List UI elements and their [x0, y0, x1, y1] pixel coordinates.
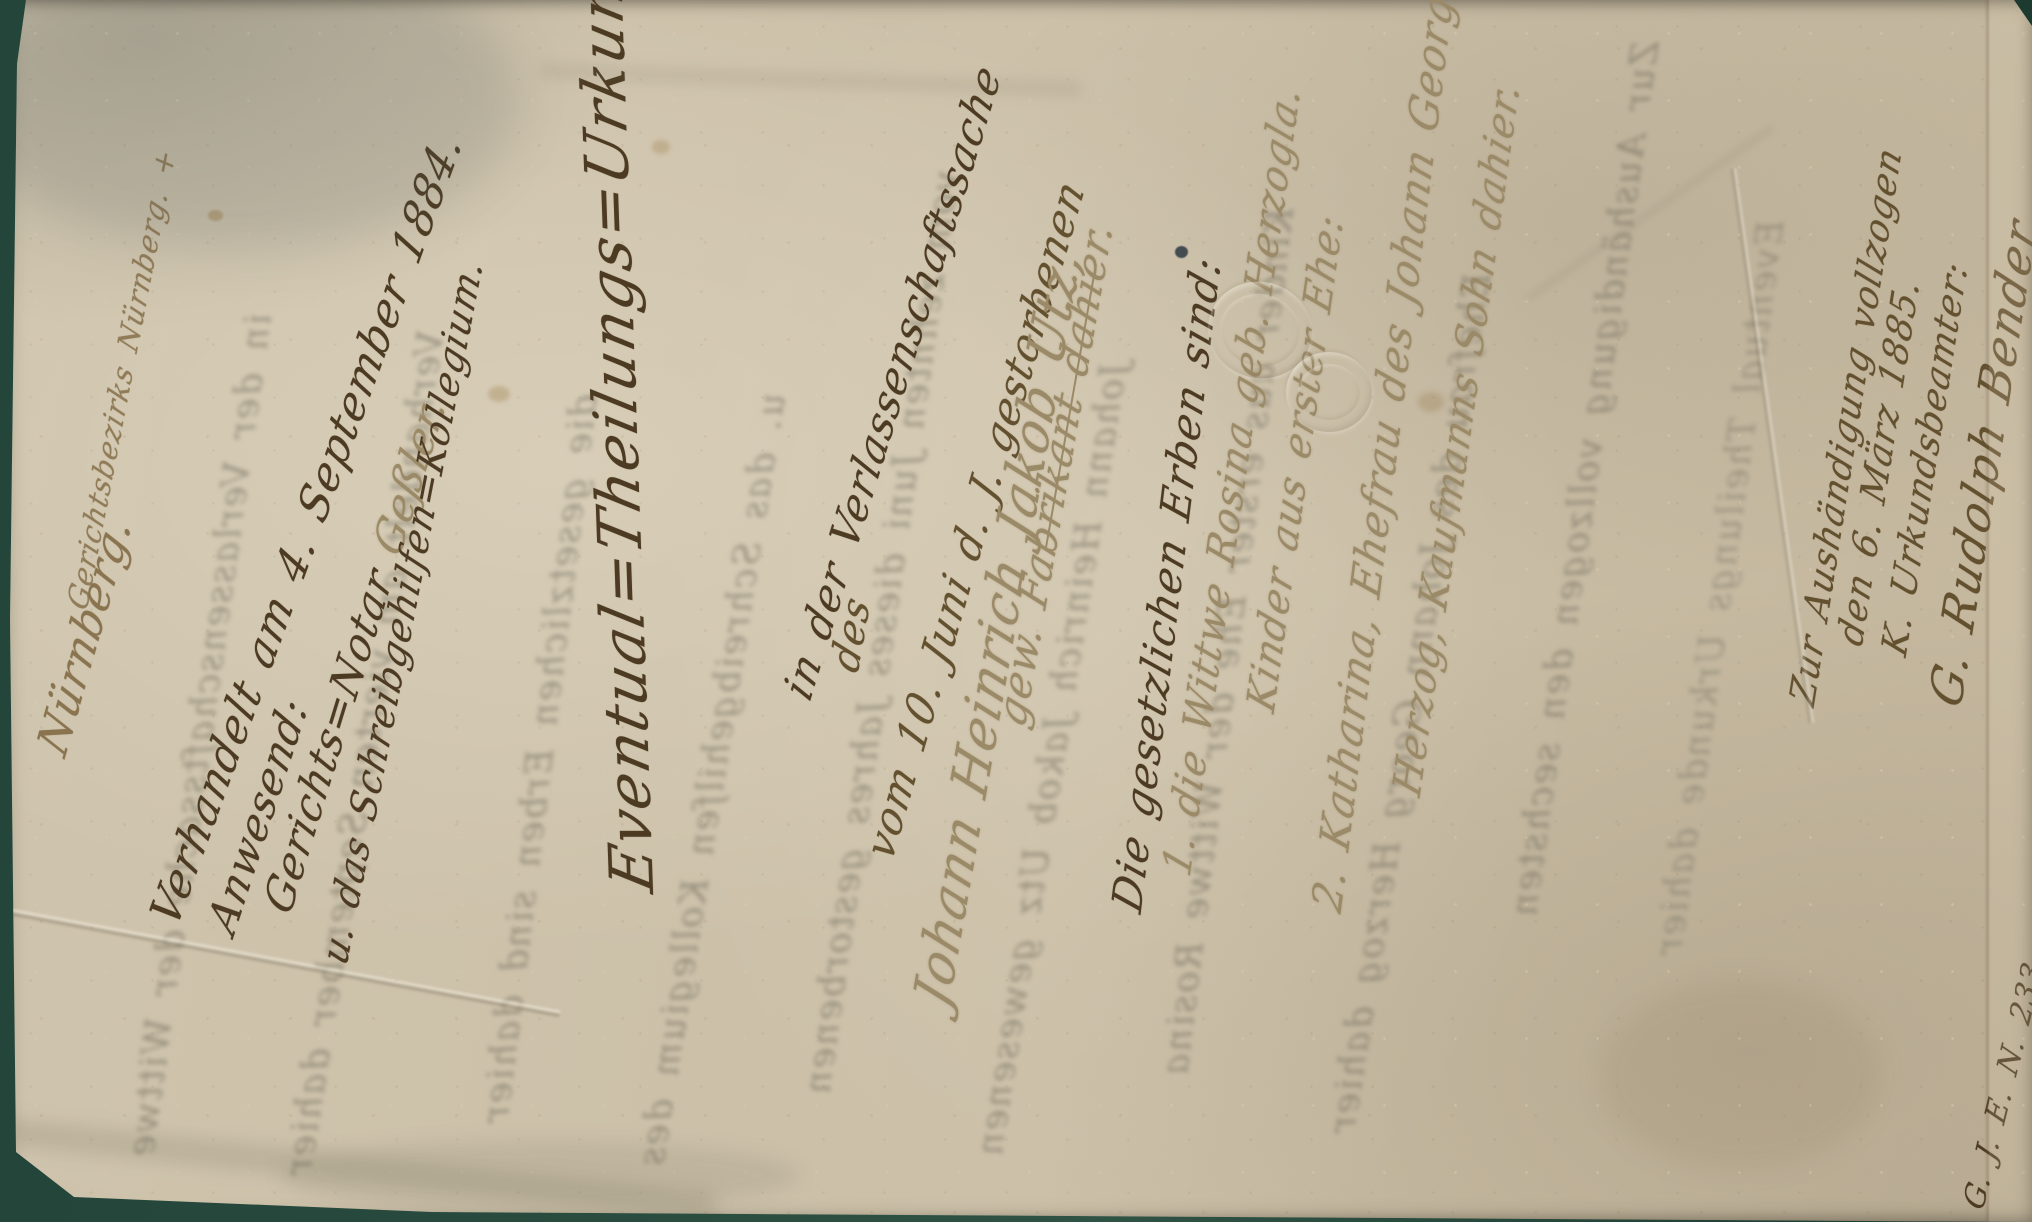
note-execution: Zur Aushändigung vollzogen — [1783, 141, 1910, 711]
bleedthrough-text: vom zehnten Juni dieses Jahres gestorben… — [797, 168, 968, 1098]
paper-wrinkle-shadow — [540, 65, 1080, 96]
line-heir-1: 1. die Wittwe Rosina geb. Herzogla. — [1155, 79, 1310, 882]
document-page: in der Verlassenschaftssache der Wittwe … — [0, 0, 2032, 1222]
line-collegium: u. das Schreibgehilfen=Kollegium. — [313, 251, 491, 971]
paper-fold-shadow — [0, 1118, 716, 1219]
heirs-heading: Die gesetzlichen Erben sind: — [1103, 250, 1230, 919]
ink-blot — [1175, 246, 1188, 258]
line-heir-2: 2. Katharina, Ehefrau des Johann Georg — [1303, 0, 1463, 918]
line-district: Gerichtsbezirks Nürnberg. + — [61, 143, 182, 615]
rotated-text-layer: in der Verlassenschaftssache der Wittwe … — [0, 0, 2032, 1222]
bleedthrough-text: Verhandelt am vierten September dahier — [278, 328, 452, 1180]
line-present-label: Anwesend: — [199, 688, 317, 943]
embossed-seal — [1286, 352, 1372, 432]
underlying-page-edge — [1989, 0, 2032, 1222]
line-place: Nürnberg. — [28, 507, 141, 765]
line-heir-1b: Kinder aus erster Ehe: — [1239, 207, 1353, 718]
fox-spot — [208, 210, 223, 221]
line-connective: des — [823, 589, 879, 678]
paper-discoloration — [1600, 980, 1880, 1170]
fox-spot — [1418, 392, 1444, 412]
embossed-seal — [1198, 271, 1322, 389]
note-date: den 6. März 1885. — [1831, 272, 1928, 651]
page-edge-line — [1986, 0, 1989, 1222]
note-official: K. Urkundsbeamter: — [1875, 255, 1976, 661]
deed-title: Eventual=Theilungs=Urkunde — [563, 0, 668, 897]
line-heir-2b: Herzog, Kaufmanns Sohn dahier. — [1385, 75, 1529, 802]
fox-spot — [488, 386, 510, 402]
corner-shadow — [0, 0, 520, 250]
paper-discoloration — [280, 1140, 800, 1210]
bleedthrough-text: Eventual Theilungs Urkunde dahier — [1648, 217, 1792, 959]
registry-mark: G. J. E. N. 233. — [1957, 947, 2032, 1216]
bleedthrough-text: Ehefrau des Johann Georg Herzog dahier — [1322, 270, 1499, 1138]
paper-crease — [0, 905, 560, 1018]
bleedthrough-text: in der Verlassenschaftssache der Wittwe — [121, 311, 280, 1161]
bleedthrough-text: Kinder aus erster Ehe der Wittwe Rosina — [1155, 205, 1302, 1079]
fox-spot — [652, 140, 670, 154]
deceased-surname-underlined: Jakob Utz, — [986, 240, 1097, 549]
deed-subtitle: in der Verlassenschaftssache — [775, 56, 1011, 709]
bleedthrough-text: u. das Schreibgehilfen Kollegium des — [631, 390, 794, 1170]
line-notary: Gerichts=Notar Geßler. — [255, 386, 455, 922]
line-deceased-name: Johann Heinrich Jakob Utz, — [904, 240, 1094, 1016]
line-occupation: gew. Fabrikant dahier. — [987, 213, 1122, 733]
paper-crease — [1730, 168, 1814, 723]
paper-wrinkle-shadow — [1525, 125, 1774, 302]
notary-name: Geßler. — [364, 386, 455, 564]
notary-label: Gerichts=Notar — [255, 559, 402, 922]
deceased-forenames: Johann Heinrich — [904, 525, 1043, 1016]
signature: G. Rudolph Bender. — [1919, 198, 2032, 715]
line-deceased-date: vom 10. Juni d. J. gestorbenen — [856, 171, 1093, 868]
bleedthrough-text: die gesetzlichen Erben sind dahier — [475, 392, 605, 1127]
bleedthrough-text: Zur Aushändigung vollzogen den sechsten — [1504, 38, 1668, 920]
photo-frame: in der Verlassenschaftssache der Wittwe … — [0, 0, 2032, 1222]
bleedthrough-text: Johann Heinrich Jakob Utz gewesenen — [969, 359, 1135, 1160]
line-date: Verhandelt am 4. September 1884. — [141, 122, 471, 936]
